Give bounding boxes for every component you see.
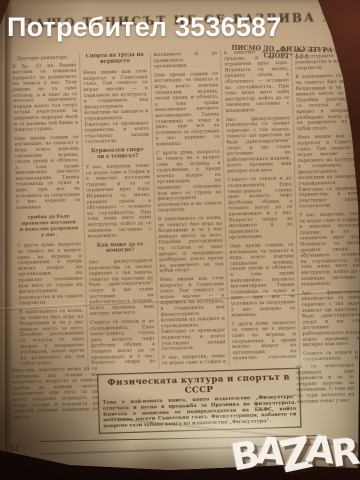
newsprint-paragraph: Другарю редакторе,	[12, 54, 76, 62]
newsprint-subhead: Как може да се помогне?	[90, 242, 151, 255]
newsprint-paragraph: С други думи, въпросът за тениса не е въ…	[156, 148, 222, 213]
newsprint-paragraph: Ако физкултурните ръководства се заемат …	[301, 288, 360, 347]
newsprint-paragraph: С други думи, въпросът за тениса не е въ…	[17, 241, 83, 306]
watermark-letter: R	[329, 430, 360, 476]
newsprint-paragraph: Още преди години се изтъкваше, че тенисъ…	[154, 71, 220, 148]
bottom-left-column: Впрочем, доколкото може да се преценява …	[12, 366, 99, 436]
newsprint-paragraph: У нас, напротив, тенис се играе само в С…	[299, 211, 360, 288]
newsprint-paragraph: Нека видим как стои въпросът в Съветския…	[160, 275, 226, 352]
newsprint-paragraph: В запитването се казва, че тенисът бил и…	[158, 215, 224, 274]
newsprint-paragraph: Ако физкултурните ръководства се заемат …	[88, 257, 154, 316]
newsprint-subhead: Буржоазен спорт ли е тенисът?	[87, 147, 148, 160]
newsprint-paragraph: Още преди години се изтъкваше, че тенисъ…	[229, 241, 295, 318]
newsprint-paragraph: В бр. 33 на Вашия вестник се повдигна въ…	[12, 62, 78, 133]
bottom-right-column: да се използуват игрищата при парковете …	[296, 362, 356, 434]
newsprint-paragraph: Нека видим как стои въпросът в Съветския…	[83, 68, 149, 145]
book-ad-box: Физическата култура и спортът в СССР Тов…	[97, 368, 302, 434]
page-number: 32	[9, 444, 19, 453]
newsprint-paragraph: Още преди години се изтъкваше, че тенисъ…	[14, 134, 80, 211]
seller-username-overlay: Потребител 3536587	[7, 12, 281, 43]
newsprint-paragraph: Ако физкултурните ръководства се заемат …	[226, 115, 292, 174]
newsprint-paragraph: В запитването се казва, че тенисът бил и…	[19, 307, 85, 366]
newsprint-subhead: Спорта на труда на игрището	[84, 52, 145, 65]
newsprint-paragraph: У нас, напротив, тенис се играе само в С…	[86, 163, 152, 240]
newsprint-paragraph: Същото се отнася и до съоръженията. Една…	[227, 175, 293, 240]
newsprint-paragraph: Нека видим как стои въпросът в Съветския…	[297, 133, 360, 210]
newspaper-page: ЗАЩО ТЕНИСЪТ НЕ СЕ РАЗВИВА У НАС ПИСМО Д…	[0, 0, 360, 480]
bazar-watermark: BAZAR	[230, 429, 357, 476]
newsprint-bold-callout: трябва да бъде правилно поставен и напъл…	[16, 212, 81, 240]
book-ad-body: Това е най-новата книга, която издателст…	[103, 394, 297, 429]
listing-photo-frame: ЗАЩО ТЕНИСЪТ НЕ СЕ РАЗВИВА У НАС ПИСМО Д…	[0, 0, 360, 480]
newsprint-columns: Другарю редакторе,В бр. 33 на Вашия вест…	[12, 46, 360, 372]
